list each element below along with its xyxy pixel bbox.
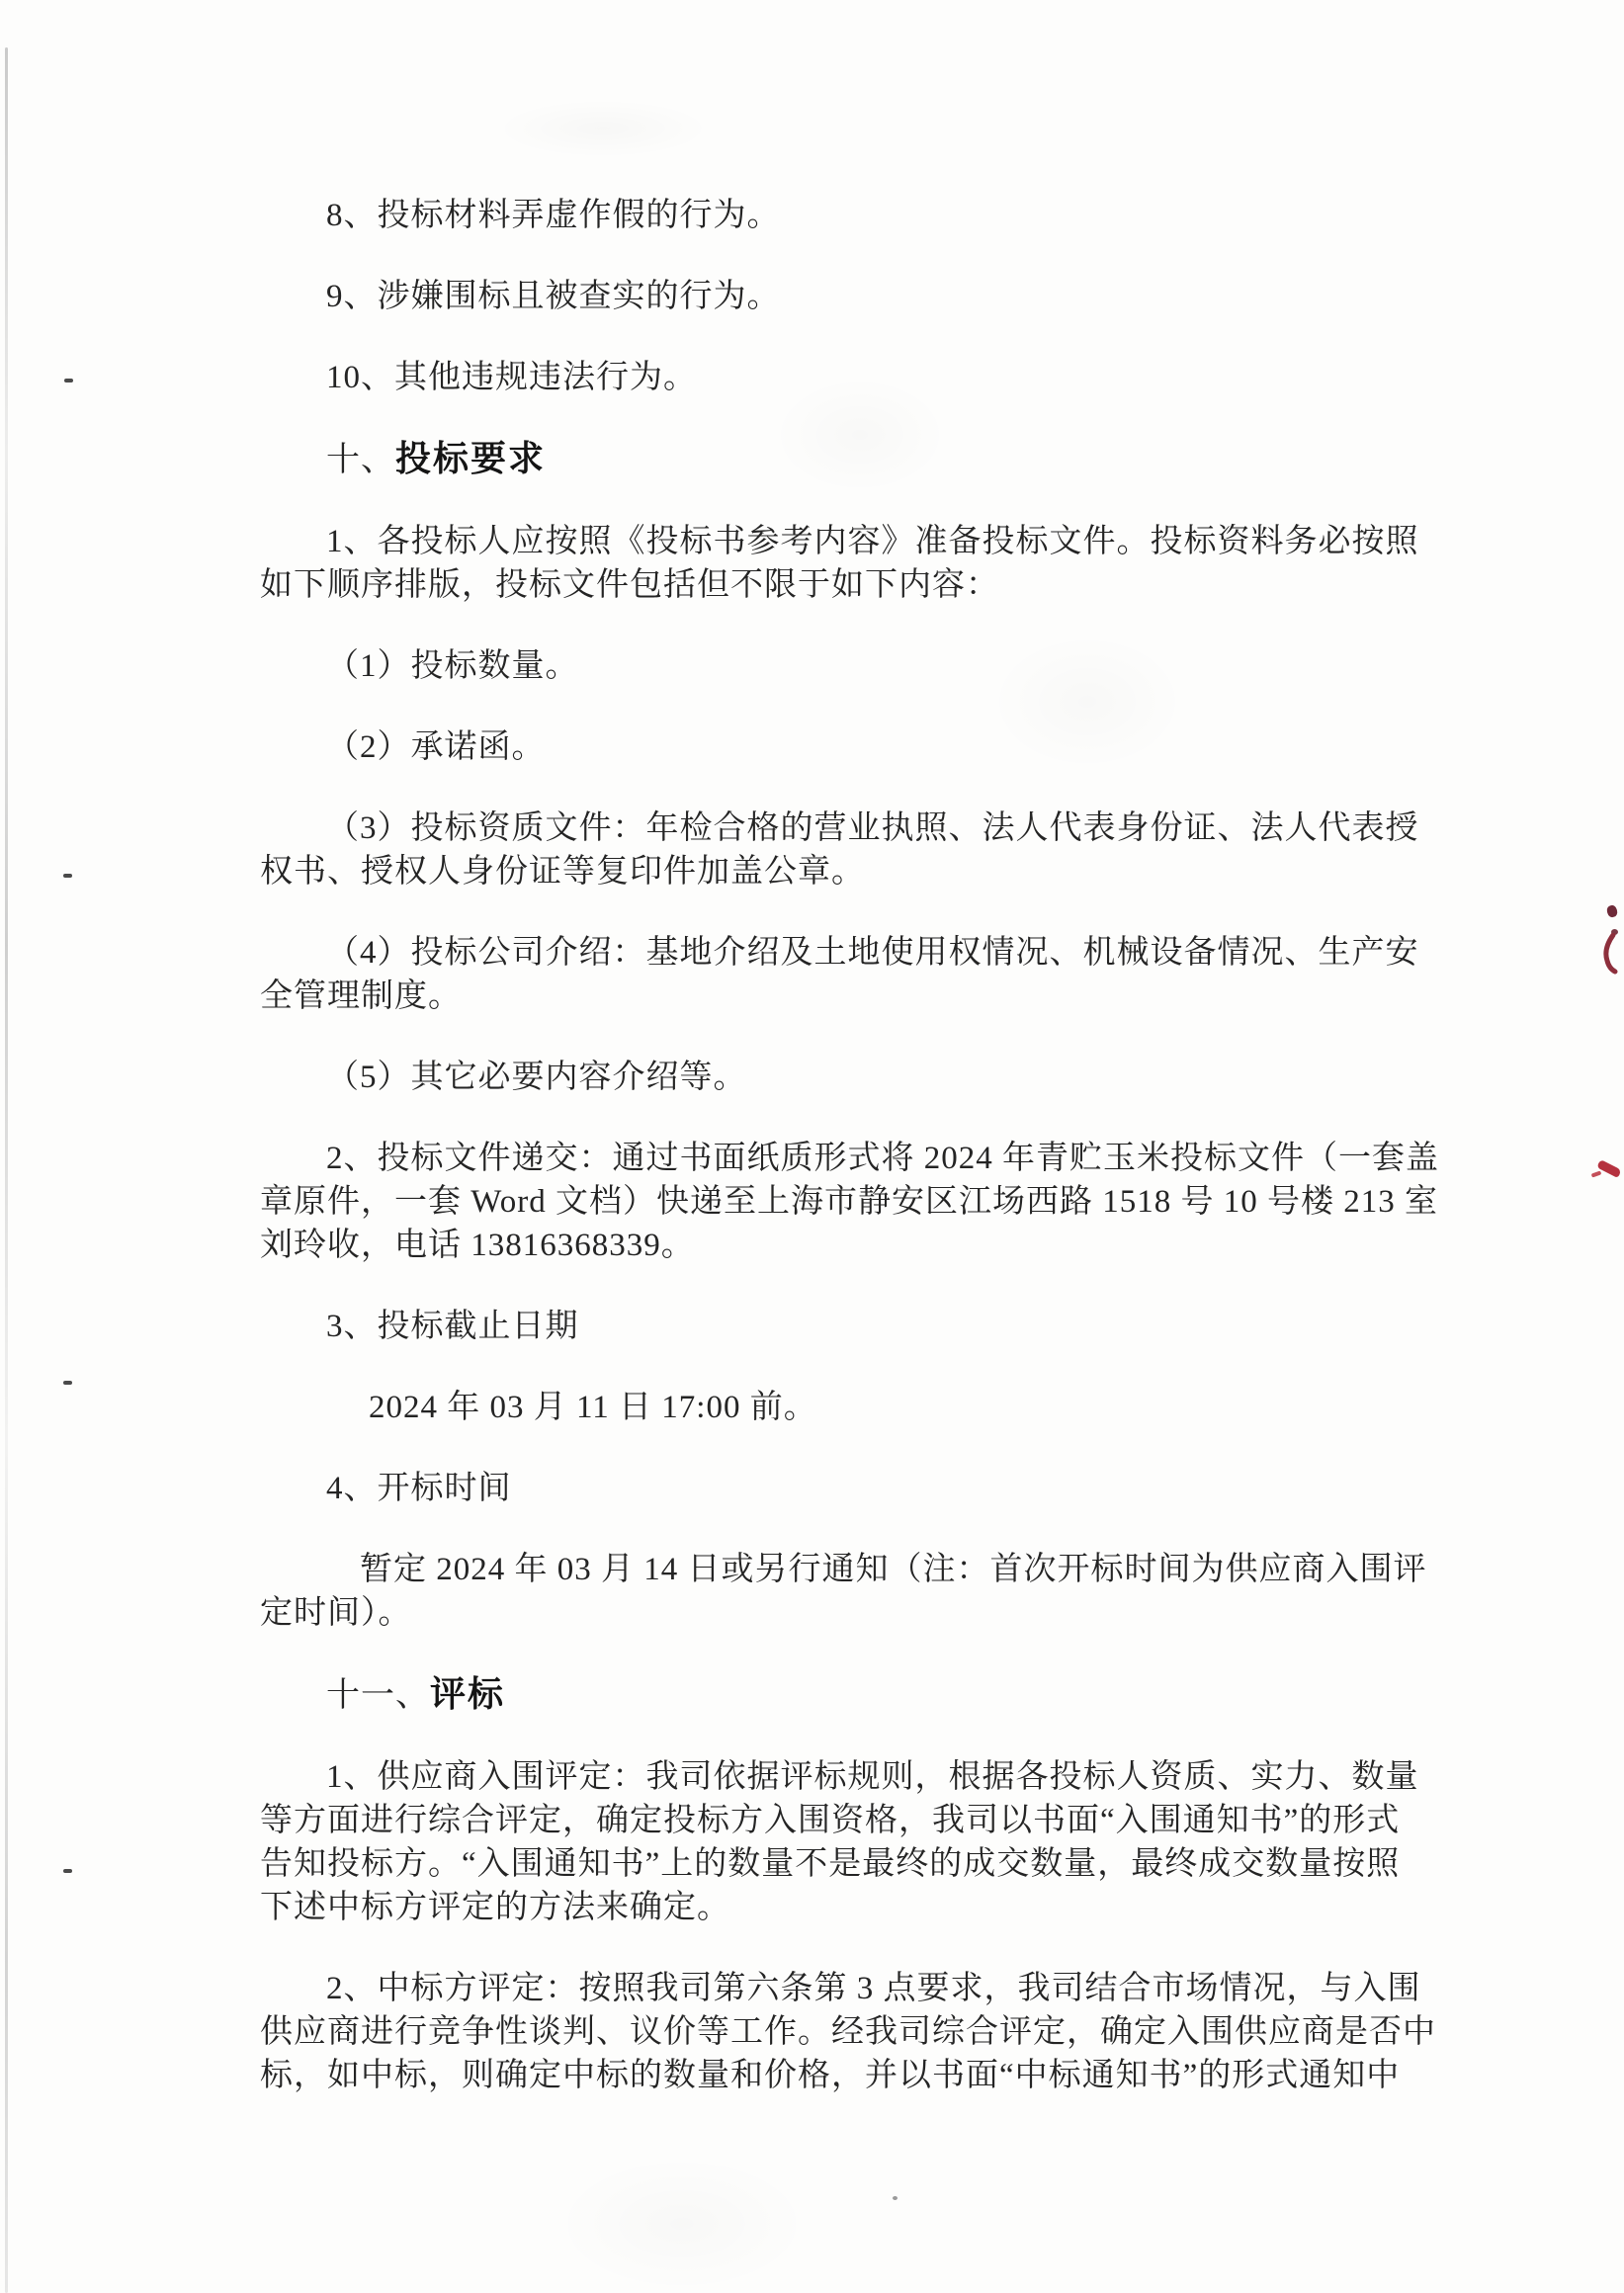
text-line: 如下顺序排版，投标文件包括但不限于如下内容： — [260, 563, 1486, 607]
text-line: 十、投标要求 — [260, 437, 1486, 482]
text-line: 标，如中标，则确定中标的数量和价格，并以书面“中标通知书”的形式通知中 — [260, 2054, 1486, 2097]
paragraph-item: （1）投标数量。 — [260, 644, 1486, 688]
text-line: （5）其它必要内容介绍等。 — [260, 1056, 1486, 1099]
section-heading: 十、投标要求 — [260, 437, 1486, 482]
text-line: 9、涉嫌围标且被查实的行为。 — [260, 275, 1486, 318]
ink-speck — [63, 1869, 72, 1873]
text-line: 下述中标方评定的方法来确定。 — [260, 1886, 1486, 1929]
paragraph-item: 8、投标材料弄虚作假的行为。 — [260, 194, 1486, 237]
heading-prefix: 十、 — [326, 442, 395, 478]
red-ink-curl-mark — [1595, 933, 1623, 975]
text-line: 1、供应商入围评定：我司依据评标规则，根据各投标人资质、实力、数量 — [260, 1755, 1486, 1799]
text-line: 2、投标文件递交：通过书面纸质形式将 2024 年青贮玉米投标文件（一套盖 — [260, 1137, 1486, 1180]
paragraph-item: （5）其它必要内容介绍等。 — [260, 1056, 1486, 1099]
text-line: 十一、评标 — [260, 1672, 1486, 1718]
ink-speck — [893, 2196, 897, 2200]
heading-title: 评标 — [430, 1673, 505, 1714]
paragraph-item: 9、涉嫌围标且被查实的行为。 — [260, 275, 1486, 318]
paragraph-item: 2、中标方评定：按照我司第六条第 3 点要求，我司结合市场情况，与入围供应商进行… — [260, 1967, 1486, 2097]
paragraph-item: 2024 年 03 月 11 日 17:00 前。 — [260, 1386, 1486, 1429]
text-line: （3）投标资质文件：年检合格的营业执照、法人代表身份证、法人代表授 — [260, 807, 1486, 850]
paragraph-item: 3、投标截止日期 — [260, 1305, 1486, 1348]
red-ink-mark — [1606, 904, 1619, 918]
paragraph-item: 4、开标时间 — [260, 1467, 1486, 1510]
text-line: 1、各投标人应按照《投标书参考内容》准备投标文件。投标资料务必按照 — [260, 520, 1486, 563]
paragraph-item: （3）投标资质文件：年检合格的营业执照、法人代表身份证、法人代表授权书、授权人身… — [260, 807, 1486, 893]
text-line: 告知投标方。“入围通知书”上的数量不是最终的成交数量，最终成交数量按照 — [260, 1842, 1486, 1886]
text-line: 2、中标方评定：按照我司第六条第 3 点要求，我司结合市场情况，与入围 — [260, 1967, 1486, 2010]
ink-speck — [63, 874, 72, 878]
section-heading: 十一、评标 — [260, 1672, 1486, 1718]
paragraph-item: 10、其他违规违法行为。 — [260, 356, 1486, 399]
paragraph-item: 1、供应商入围评定：我司依据评标规则，根据各投标人资质、实力、数量等方面进行综合… — [260, 1755, 1486, 1929]
text-line: 定时间）。 — [260, 1591, 1486, 1635]
text-line: 刘玲收，电话 13816368339。 — [260, 1224, 1486, 1267]
text-line: 章原件，一套 Word 文档）快递至上海市静安区江场西路 1518 号 10 号… — [260, 1180, 1486, 1224]
text-line: （4）投标公司介绍：基地介绍及土地使用权情况、机械设备情况、生产安 — [260, 931, 1486, 975]
text-line: 全管理制度。 — [260, 975, 1486, 1018]
document-page: 8、投标材料弄虚作假的行为。9、涉嫌围标且被查实的行为。10、其他违规违法行为。… — [0, 0, 1624, 2293]
text-line: 10、其他违规违法行为。 — [260, 356, 1486, 399]
text-line: 8、投标材料弄虚作假的行为。 — [260, 194, 1486, 237]
paragraph-item: 2、投标文件递交：通过书面纸质形式将 2024 年青贮玉米投标文件（一套盖章原件… — [260, 1137, 1486, 1267]
paragraph-item: （2）承诺函。 — [260, 725, 1486, 769]
paragraph-item: （4）投标公司介绍：基地介绍及土地使用权情况、机械设备情况、生产安全管理制度。 — [260, 931, 1486, 1018]
red-ink-mark — [1591, 1170, 1602, 1177]
scan-edge-line — [5, 47, 8, 2293]
text-line: 2024 年 03 月 11 日 17:00 前。 — [260, 1386, 1486, 1429]
text-line: 3、投标截止日期 — [260, 1305, 1486, 1348]
document-content: 8、投标材料弄虚作假的行为。9、涉嫌围标且被查实的行为。10、其他违规违法行为。… — [260, 194, 1486, 2135]
paragraph-item: 1、各投标人应按照《投标书参考内容》准备投标文件。投标资料务必按照如下顺序排版，… — [260, 520, 1486, 607]
text-line: 供应商进行竞争性谈判、议价等工作。经我司综合评定，确定入围供应商是否中 — [260, 2010, 1486, 2054]
text-line: 暂定 2024 年 03 月 14 日或另行通知（注：首次开标时间为供应商入围评 — [260, 1548, 1486, 1591]
heading-title: 投标要求 — [395, 438, 546, 478]
text-line: 4、开标时间 — [260, 1467, 1486, 1510]
paragraph-item: 暂定 2024 年 03 月 14 日或另行通知（注：首次开标时间为供应商入围评… — [260, 1548, 1486, 1635]
heading-prefix: 十一、 — [326, 1677, 430, 1714]
red-ink-mark — [1596, 1159, 1621, 1178]
scan-smudge — [494, 99, 712, 158]
text-line: 权书、授权人身份证等复印件加盖公章。 — [260, 850, 1486, 893]
scan-smudge — [554, 2155, 811, 2293]
ink-speck — [64, 379, 73, 382]
text-line: （2）承诺函。 — [260, 725, 1486, 769]
text-line: 等方面进行综合评定，确定投标方入围资格，我司以书面“入围通知书”的形式 — [260, 1799, 1486, 1842]
ink-speck — [63, 1381, 72, 1385]
text-line: （1）投标数量。 — [260, 644, 1486, 688]
